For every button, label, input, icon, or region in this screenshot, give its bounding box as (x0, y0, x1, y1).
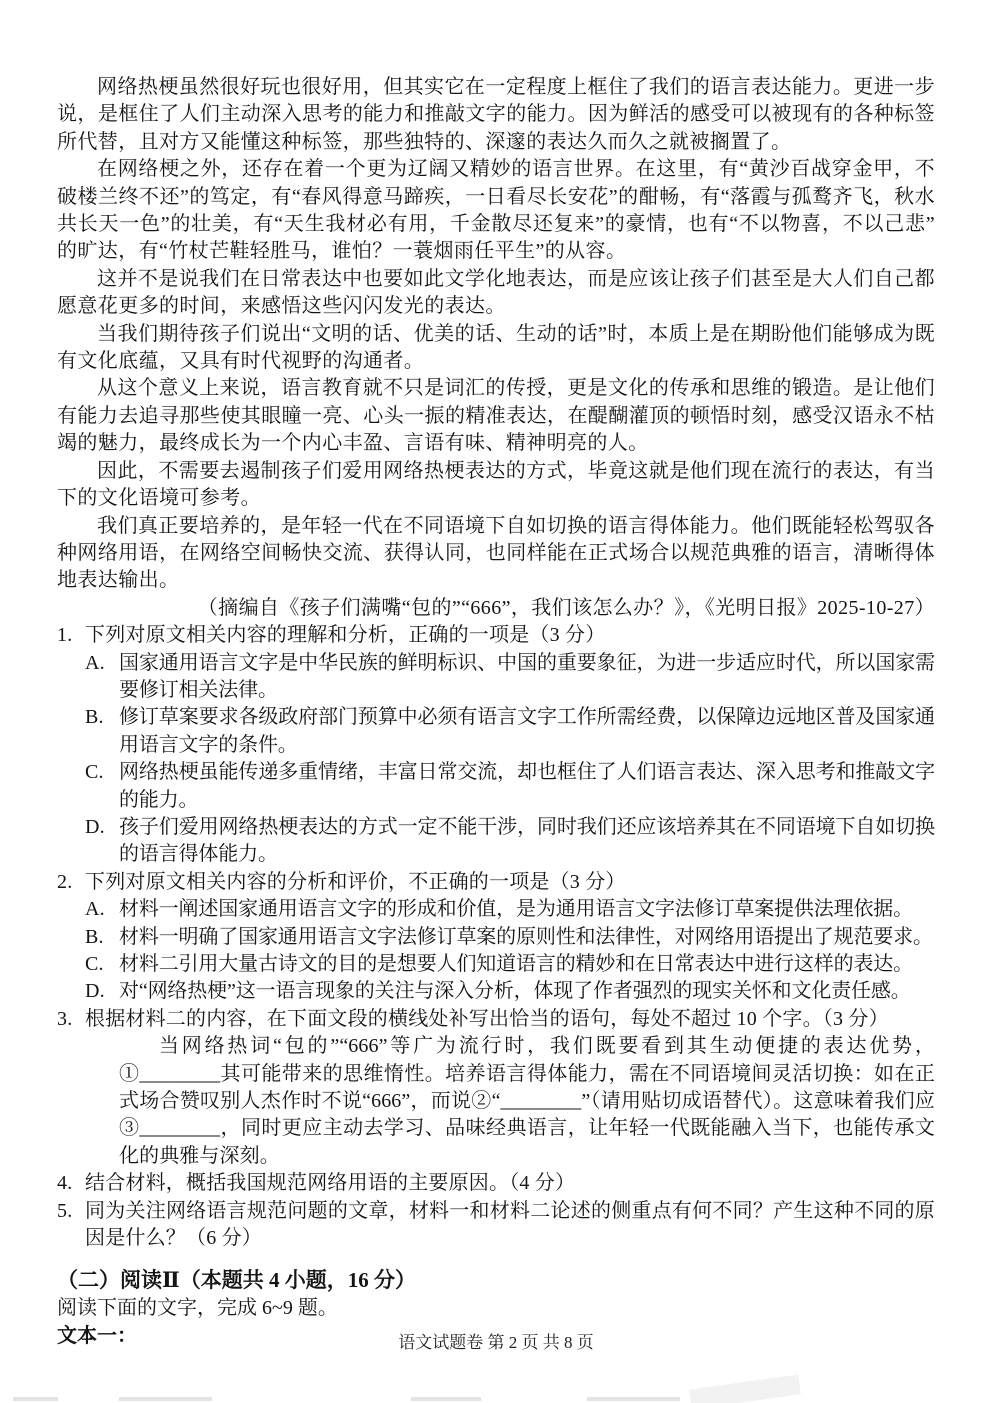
question-1: 1. 下列对原文相关内容的理解和分析，正确的一项是（3 分） A. 国家通用语言… (57, 622, 935, 869)
material-paragraph-1: 网络热梗虽然很好玩也很好用，但其实它在一定程度上框住了我们的语言表达能力。更进一… (57, 74, 935, 156)
material-paragraph-4: 当我们期待孩子们说出“文明的话、优美的话、生动的话”时，本质上是在期盼他们能够成… (57, 321, 935, 376)
question-1-option-d: D. 孩子们爱用网络热梗表达的方式一定不能干涉，同时我们还应该培养其在不同语境下… (85, 814, 935, 869)
option-letter: D. (85, 814, 119, 869)
scan-artifact (13, 1397, 58, 1401)
material-two-passage: 网络热梗虽然很好玩也很好用，但其实它在一定程度上框住了我们的语言表达能力。更进一… (57, 74, 935, 622)
option-text: 国家通用语言文字是中华民族的鲜明标识、中国的重要象征，为进一步适应时代，所以国家… (119, 650, 935, 705)
question-2: 2. 下列对原文相关内容的分析和评价，不正确的一项是（3 分） A. 材料一阐述… (57, 869, 935, 1006)
page-footer: 语文试题卷 第 2 页 共 8 页 (0, 1328, 992, 1353)
question-4-stem: 结合材料，概括我国规范网络用语的主要原因。（4 分） (85, 1170, 935, 1197)
option-letter: C. (85, 759, 119, 814)
material-paragraph-5: 从这个意义上来说，语言教育就不只是词汇的传授，更是文化的传承和思维的锻造。是让他… (57, 375, 935, 457)
material-paragraph-2: 在网络梗之外，还存在着一个更为辽阔又精妙的语言世界。在这里，有“黄沙百战穿金甲，… (57, 156, 935, 266)
question-2-option-b: B. 材料一明确了国家通用语言文字法修订草案的原则性和法律性，对网络用语提出了规… (85, 924, 935, 951)
scan-artifact (587, 1397, 680, 1401)
scan-artifact (689, 1374, 801, 1403)
option-text: 材料一阐述国家通用语言文字的形成和价值，是为通用语言文字法修订草案提供法理依据。 (119, 896, 935, 923)
material-paragraph-3: 这并不是说我们在日常表达中也要如此文学化地表达，而是应该让孩子们甚至是大人们自己… (57, 266, 935, 321)
scan-artifact (411, 1397, 481, 1401)
option-text: 修订草案要求各级政府部门预算中必须有语言文字工作所需经费，以保障边远地区普及国家… (119, 704, 935, 759)
option-letter: B. (85, 924, 119, 951)
option-text: 材料二引用大量古诗文的目的是想要人们知道语言的精妙和在日常表达中进行这样的表达。 (119, 951, 935, 978)
question-5: 5. 同为关注网络语言规范问题的文章，材料一和材料二论述的侧重点有何不同？产生这… (57, 1198, 935, 1253)
question-3-cloze-passage: 当网络热词“包的”“666”等广为流行时，我们既要看到其生动便捷的表达优势，①_… (119, 1033, 935, 1170)
question-2-number: 2. (57, 869, 85, 1006)
question-1-option-c: C. 网络热梗虽能传递多重情绪，丰富日常交流，却也框住了人们语言表达、深入思考和… (85, 759, 935, 814)
question-2-option-a: A. 材料一阐述国家通用语言文字的形成和价值，是为通用语言文字法修订草案提供法理… (85, 896, 935, 923)
question-1-option-b: B. 修订草案要求各级政府部门预算中必须有语言文字工作所需经费，以保障边远地区普… (85, 704, 935, 759)
question-4-number: 4. (57, 1170, 85, 1197)
option-letter: A. (85, 896, 119, 923)
question-5-stem: 同为关注网络语言规范问题的文章，材料一和材料二论述的侧重点有何不同？产生这种不同… (85, 1198, 935, 1253)
option-text: 对“网络热梗”这一语言现象的关注与深入分析，体现了作者强烈的现实关怀和文化责任感… (119, 978, 935, 1005)
option-letter: C. (85, 951, 119, 978)
question-5-number: 5. (57, 1198, 85, 1253)
question-2-stem: 下列对原文相关内容的分析和评价，不正确的一项是（3 分） (85, 869, 935, 896)
question-4: 4. 结合材料，概括我国规范网络用语的主要原因。（4 分） (57, 1170, 935, 1197)
option-letter: D. (85, 978, 119, 1005)
option-text: 材料一明确了国家通用语言文字法修订草案的原则性和法律性，对网络用语提出了规范要求… (119, 924, 935, 951)
question-1-number: 1. (57, 622, 85, 869)
option-letter: B. (85, 704, 119, 759)
option-text: 网络热梗虽能传递多重情绪，丰富日常交流，却也框住了人们语言表达、深入思考和推敲文… (119, 759, 935, 814)
question-3: 3. 根据材料二的内容，在下面文段的横线处补写出恰当的语句，每处不超过 10 个… (57, 1006, 935, 1170)
question-1-stem: 下列对原文相关内容的理解和分析，正确的一项是（3 分） (85, 622, 935, 649)
option-text: 孩子们爱用网络热梗表达的方式一定不能干涉，同时我们还应该培养其在不同语境下自如切… (119, 814, 935, 869)
question-list: 1. 下列对原文相关内容的理解和分析，正确的一项是（3 分） A. 国家通用语言… (57, 622, 935, 1252)
material-paragraph-7: 我们真正要培养的，是年轻一代在不同语境下自如切换的语言得体能力。他们既能轻松驾驭… (57, 513, 935, 595)
question-2-option-d: D. 对“网络热梗”这一语言现象的关注与深入分析，体现了作者强烈的现实关怀和文化… (85, 978, 935, 1005)
scan-artifact (119, 1397, 212, 1401)
material-citation: （摘编自《孩子们满嘴“包的”“666”，我们该怎么办？》，《光明日报》2025-… (57, 595, 935, 622)
question-3-number: 3. (57, 1006, 85, 1170)
material-paragraph-6: 因此，不需要去遏制孩子们爱用网络热梗表达的方式，毕竟这就是他们现在流行的表达，有… (57, 458, 935, 513)
reading-two-instruction: 阅读下面的文字，完成 6~9 题。 (57, 1294, 935, 1322)
exam-page: 网络热梗虽然很好玩也很好用，但其实它在一定程度上框住了我们的语言表达能力。更进一… (0, 0, 992, 1350)
option-letter: A. (85, 650, 119, 705)
reading-two-heading: （二）阅读Ⅱ（本题共 4 小题，16 分） (57, 1266, 935, 1294)
question-2-option-c: C. 材料二引用大量古诗文的目的是想要人们知道语言的精妙和在日常表达中进行这样的… (85, 951, 935, 978)
question-3-stem: 根据材料二的内容，在下面文段的横线处补写出恰当的语句，每处不超过 10 个字。（… (85, 1006, 935, 1033)
question-1-option-a: A. 国家通用语言文字是中华民族的鲜明标识、中国的重要象征，为进一步适应时代，所… (85, 650, 935, 705)
